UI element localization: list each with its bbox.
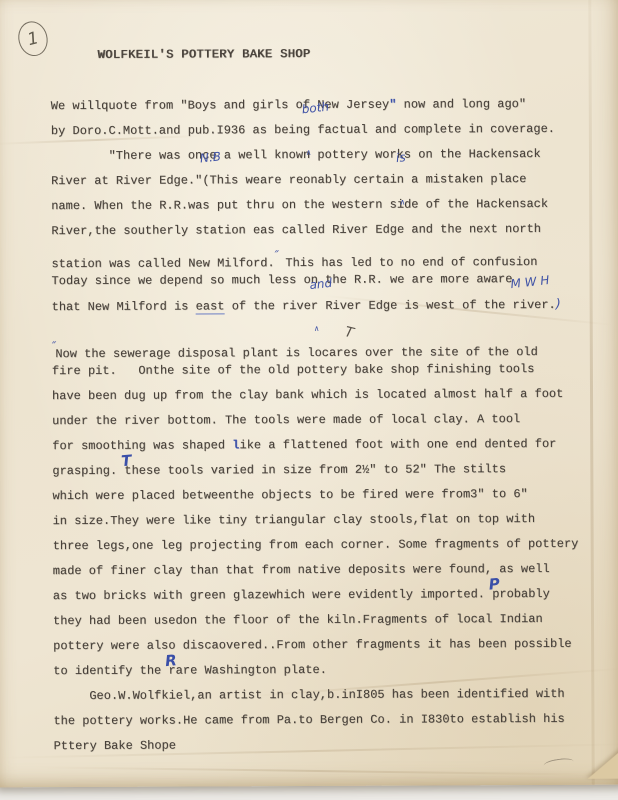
typed-text: under the river bottom. The tools were m… <box>52 412 520 428</box>
handwritten-mark: ) <box>556 297 561 312</box>
text-line: they had been usedon the floor of the ki… <box>53 607 598 634</box>
typed-text: Washington plate. <box>197 663 327 678</box>
text-line: fire pit. Onthe site of the old pottery … <box>52 357 597 384</box>
typed-text: Today since we depend so much less on th… <box>51 272 512 288</box>
typed-text: fire pit. Onthe site of the old pottery … <box>52 362 535 378</box>
typed-text: grasping. <box>52 464 124 478</box>
typed-text: ike a flattened foot with one end dented… <box>239 437 556 452</box>
text-line: River at River Edge."N.B(This weare reon… <box>51 167 596 194</box>
paper-crease <box>36 766 596 775</box>
text-line: that New Milford is east of the riverand… <box>52 292 597 319</box>
typed-text: river. <box>513 298 556 312</box>
corrected-word: rRare <box>168 663 197 677</box>
typed-text: as two bricks with green glazewhich were… <box>53 587 492 603</box>
typed-text: of the river <box>224 299 318 313</box>
typed-text: We willquote from "Boys and girls of New… <box>51 98 390 113</box>
typed-text: " <box>389 98 396 112</box>
corrected-word: tThese <box>124 464 160 478</box>
text-line: pottery were also discaovered..From othe… <box>53 632 598 659</box>
typed-text: that New Milford is <box>52 299 196 314</box>
text-line: Pttery Bake Shope <box>54 732 599 759</box>
paragraph: We willquote from "Boys and girls of New… <box>51 92 597 319</box>
paper-sheet: 1 WOLFKEIL'S POTTERY BAKE SHOP We willqu… <box>0 0 618 787</box>
text-line: for smoothing was shaped like a flattene… <box>52 432 597 459</box>
corrected-word: pProbably <box>492 587 550 601</box>
typed-text: have been dug up from the clay bank whic… <box>52 387 563 403</box>
typed-text: they had been usedon the floor of the ki… <box>53 612 543 628</box>
text-line: under the river bottom. The tools were m… <box>52 407 597 434</box>
typed-text: River Edge is west of the <box>318 298 512 313</box>
paragraph: ″Now the sewerage disposal plant is loca… <box>52 332 599 759</box>
typed-text: the pottery works.He came from Pa.to Ber… <box>53 712 564 728</box>
typed-text: for smoothing was shaped <box>52 438 232 453</box>
typed-text: now and long ago" <box>396 97 526 112</box>
handwritten-capital: R <box>165 653 178 669</box>
typed-text: Pttery Bake Shope <box>54 739 176 754</box>
handwritten-capital: P <box>488 577 500 593</box>
typed-text: (This weare reonably certain <box>202 173 404 188</box>
text-line: by Doro.C.Mott.and pub.I936 as beingboth… <box>51 117 596 144</box>
typed-text: pottery were also discaovered..From othe… <box>53 637 572 653</box>
text-line: have been dug up from the clay bank whic… <box>52 382 597 409</box>
document-title: WOLFKEIL'S POTTERY BAKE SHOP <box>97 41 595 68</box>
text-line: three legs,one leg projecting from each … <box>53 532 598 559</box>
page-number: 1 <box>25 28 40 50</box>
page-number-circled: 1 <box>15 18 52 59</box>
text-line: as two bricks with green glazewhich were… <box>53 582 598 609</box>
text-line: ″Now the sewerage disposal plant is loca… <box>52 332 597 359</box>
typed-text: a mistaken place <box>404 172 526 187</box>
typed-text: River at River Edge." <box>51 173 202 188</box>
typed-text: three legs,one leg projecting from each … <box>53 537 579 553</box>
text-line: name. When the R.R.was put thru on the w… <box>51 192 596 219</box>
scanned-document-photo: 1 WOLFKEIL'S POTTERY BAKE SHOP We willqu… <box>0 0 618 800</box>
pencil-mark <box>543 757 574 770</box>
text-line: grasping. tThese tools varied in size fr… <box>52 457 597 484</box>
text-line: Geo.W.Wolfkiel,an artist in clay,b.inI80… <box>53 682 598 709</box>
typed-text: made of finer clay than that from native… <box>53 562 550 578</box>
text-line: made of finer clay than that from native… <box>53 557 598 584</box>
typed-text: River,the southerly station eas called R… <box>51 222 541 238</box>
typed-text: to identify the <box>53 664 168 679</box>
typed-text: "There was once a well known pottery wor… <box>51 147 541 163</box>
text-line: which were placed betweenthe objects to … <box>52 482 597 509</box>
handwritten-capital: T <box>121 453 133 469</box>
typed-text: name. When the R.R.was put thru on the w… <box>51 197 548 213</box>
typed-text: in size.They were like tiny triangular c… <box>53 512 536 528</box>
text-line: River,the southerly station eas called R… <box>51 217 596 244</box>
underlined-word: east <box>196 299 225 314</box>
text-line: to identify the rRare Washington plate. <box>53 657 598 684</box>
typed-text: Geo.W.Wolfkiel,an artist in clay,b.inI80… <box>53 687 564 703</box>
document-body: We willquote from "Boys and girls of New… <box>51 92 599 759</box>
typed-text: by Doro.C.Mott.and pub.I936 as being <box>51 123 310 138</box>
typed-text: which were placed betweenthe objects to … <box>52 487 527 503</box>
text-line: station was called New Milford.″ This ha… <box>51 242 596 269</box>
text-line: in size.They were like tiny triangular c… <box>53 507 598 534</box>
typed-text: tools varied in size from 2½" to 52" The… <box>160 462 506 478</box>
text-line: "There was once a well known pottery wor… <box>51 142 596 169</box>
document-text: WOLFKEIL'S POTTERY BAKE SHOP We willquot… <box>50 41 598 759</box>
text-line: the pottery works.He came from Pa.to Ber… <box>53 707 598 734</box>
typed-text: factual and complete in coverage. <box>310 122 555 137</box>
